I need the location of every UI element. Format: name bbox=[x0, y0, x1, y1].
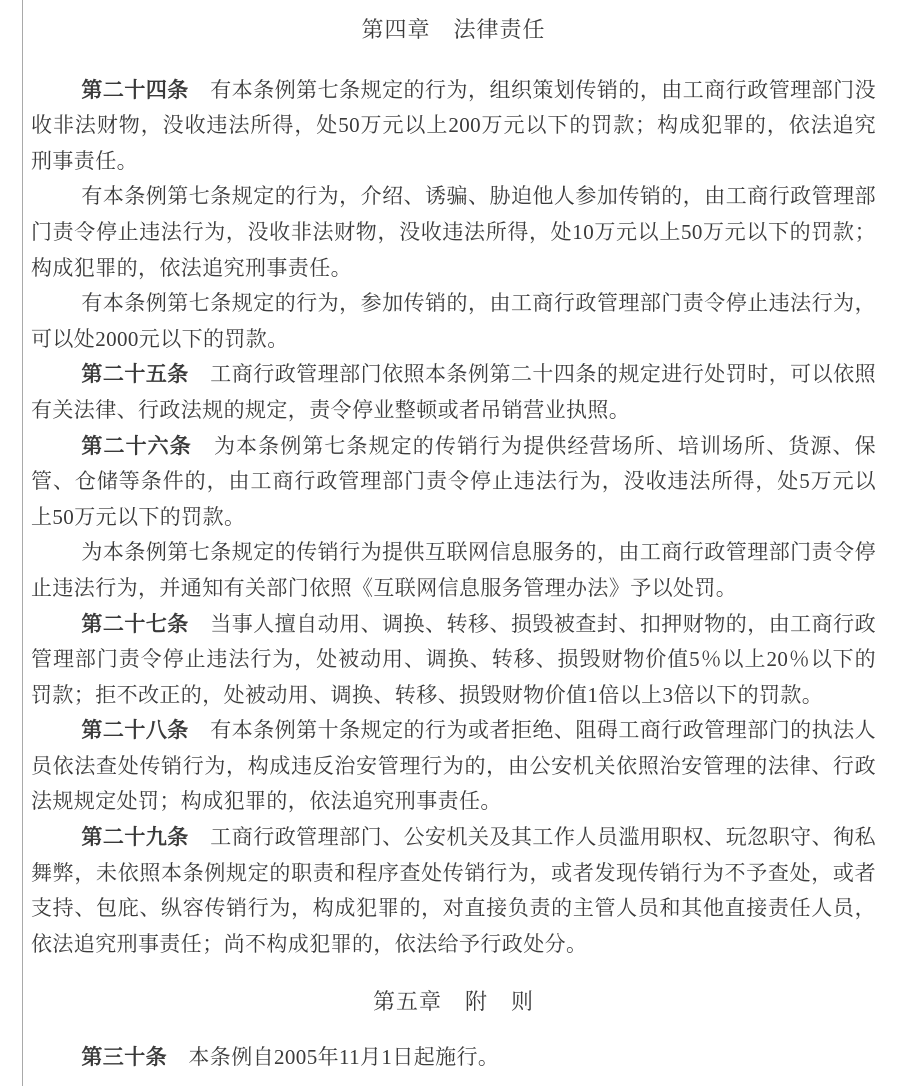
article-paragraph: 第二十六条 为本条例第七条规定的传销行为提供经营场所、培训场所、货源、保管、仓储… bbox=[31, 429, 876, 536]
article-number: 第二十八条 bbox=[81, 718, 188, 742]
body-paragraph: 有本条例第七条规定的行为，参加传销的，由工商行政管理部门责令停止违法行为，可以处… bbox=[31, 286, 876, 357]
article-paragraph: 第三十条 本条例自2005年11月1日起施行。 bbox=[31, 1040, 876, 1076]
article-paragraph: 第二十八条 有本条例第十条规定的行为或者拒绝、阻碍工商行政管理部门的执法人员依法… bbox=[31, 713, 876, 820]
article-paragraph: 第二十七条 当事人擅自动用、调换、转移、损毁被查封、扣押财物的，由工商行政管理部… bbox=[31, 607, 876, 714]
body-paragraph: 为本条例第七条规定的传销行为提供互联网信息服务的，由工商行政管理部门责令停止违法… bbox=[31, 535, 876, 606]
article-paragraph: 第二十四条 有本条例第七条规定的行为，组织策划传销的，由工商行政管理部门没收非法… bbox=[31, 73, 876, 180]
article-number: 第三十条 bbox=[81, 1045, 167, 1069]
article-number: 第二十五条 bbox=[81, 362, 188, 386]
chapter-heading: 第五章 附 则 bbox=[31, 984, 876, 1020]
document-content: 第四章 法律责任第二十四条 有本条例第七条规定的行为，组织策划传销的，由工商行政… bbox=[31, 0, 876, 1076]
page-left-margin-rule bbox=[22, 0, 23, 1086]
article-number: 第二十六条 bbox=[81, 434, 191, 458]
body-paragraph: 有本条例第七条规定的行为，介绍、诱骗、胁迫他人参加传销的，由工商行政管理部门责令… bbox=[31, 179, 876, 286]
document-page: 第四章 法律责任第二十四条 有本条例第七条规定的行为，组织策划传销的，由工商行政… bbox=[0, 0, 905, 1086]
article-text: 本条例自2005年11月1日起施行。 bbox=[167, 1045, 499, 1069]
article-paragraph: 第二十五条 工商行政管理部门依照本条例第二十四条的规定进行处罚时，可以依照有关法… bbox=[31, 357, 876, 428]
article-number: 第二十七条 bbox=[81, 612, 188, 636]
article-number: 第二十四条 bbox=[81, 78, 188, 102]
article-number: 第二十九条 bbox=[81, 825, 188, 849]
article-paragraph: 第二十九条 工商行政管理部门、公安机关及其工作人员滥用职权、玩忽职守、徇私舞弊，… bbox=[31, 820, 876, 962]
chapter-heading: 第四章 法律责任 bbox=[31, 12, 876, 48]
